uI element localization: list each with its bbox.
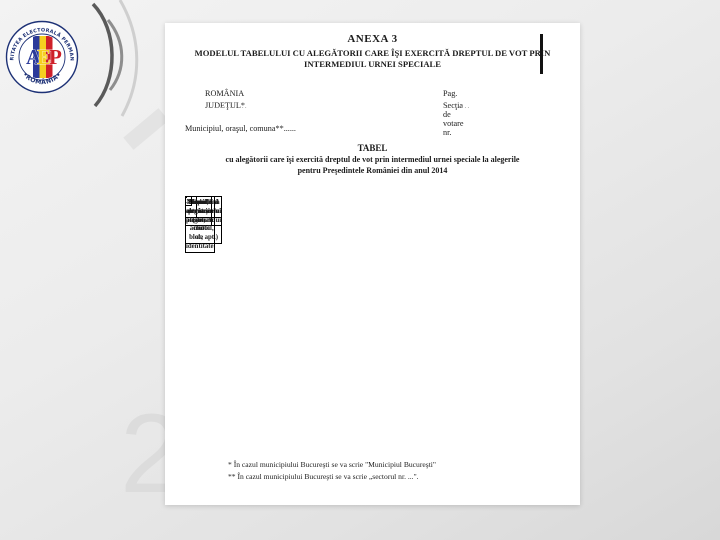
document-title-line1: MODELUL TABELULUI CU ALEGĂTORII CARE ÎŞI… <box>165 48 580 58</box>
svg-text:P: P <box>49 45 62 69</box>
scan-edge-mark <box>540 34 543 74</box>
annex-heading: ANEXA 3 <box>165 33 580 45</box>
document-title-line2: INTERMEDIUL URNEI SPECIALE <box>165 59 580 69</box>
table-title: TABEL <box>165 143 580 153</box>
aep-logo: AUTORITATEA ELECTORALĂ PERMANENTĂ •ROMÂN… <box>0 0 78 93</box>
footnote-2: ** În cazul municipiului Bucureşti se va… <box>228 472 419 481</box>
municipality-label: Municipiul, oraşul, comuna**...... <box>185 124 296 133</box>
county-dotted-line: .............. <box>205 101 248 110</box>
footnote-1: * În cazul municipiului Bucureşti se va … <box>228 460 436 469</box>
polling-station-dotted-line: ......... <box>443 101 470 110</box>
id-document-cell <box>185 196 187 198</box>
table-subtitle-line2: pentru Preşedintele României din anul 20… <box>165 166 580 175</box>
document-page: ANEXA 3 MODELUL TABELULUI CU ALEGĂTORII … <box>165 23 580 505</box>
slide-background: { "logo": { "ring_text": "AUTORITATEA EL… <box>0 0 720 540</box>
table-subtitle-line1: cu alegătorii care îşi exercită dreptul … <box>165 155 580 164</box>
country-label: ROMÂNIA <box>205 89 244 98</box>
logo-and-arcs-decoration: AUTORITATEA ELECTORALĂ PERMANENTĂ •ROMÂN… <box>0 0 165 130</box>
page-number-label: Pag. <box>443 89 457 98</box>
logo-monogram: A E P <box>26 45 62 69</box>
